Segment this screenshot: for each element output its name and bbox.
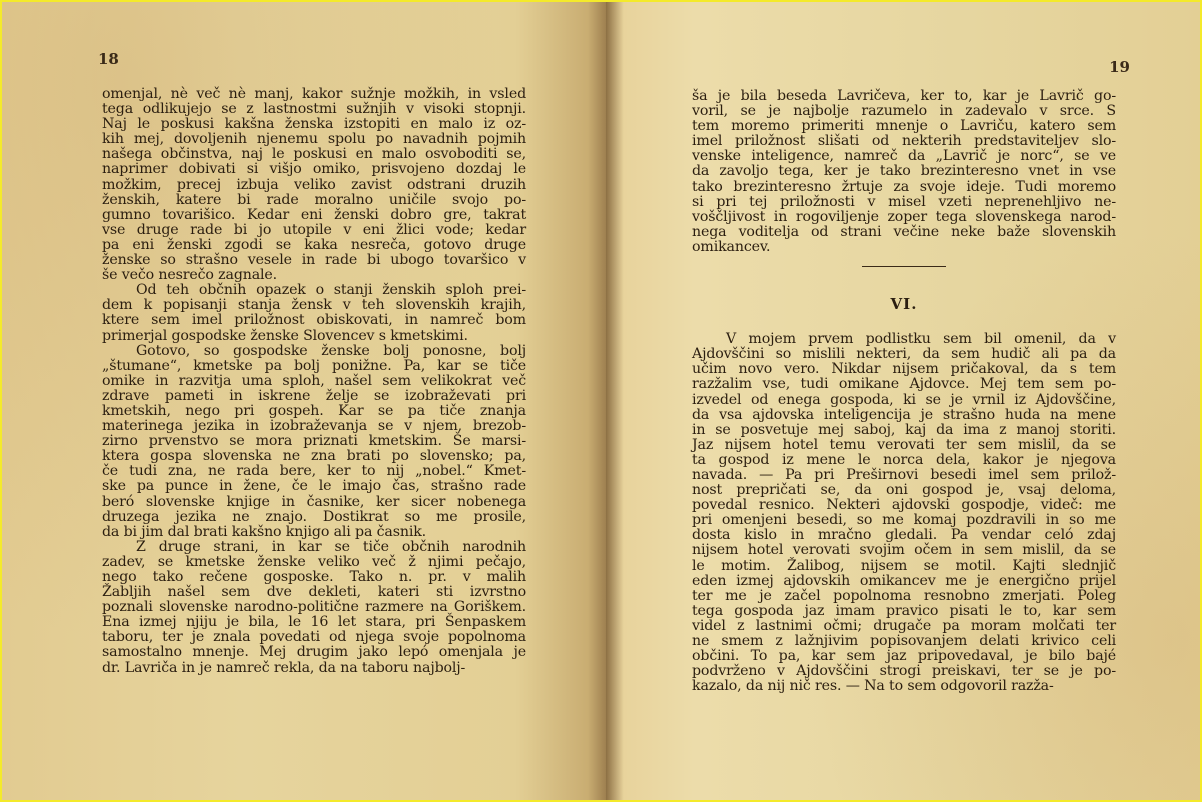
book-spread: 18 omenjal, nè več nè manj, kakor sužnje…	[2, 2, 1200, 800]
text-line: druzega jezika ne znajo. Dostikrat so me…	[102, 510, 526, 525]
text-line: Ena izmej njiju je bila, le 16 let stara…	[102, 615, 526, 630]
text-line: izvedel od enega gospoda, ki se je vrnil…	[692, 393, 1116, 408]
page-body-text: omenjal, nè več nè manj, kakor sužnje mo…	[102, 87, 526, 676]
right-page: 19 ša je bila beseda Lavričeva, ker to, …	[606, 2, 1200, 800]
text-line: zirno prvenstvo se mora priznati kmetski…	[102, 434, 526, 449]
section-divider	[862, 266, 946, 267]
text-line: ženske so strašno vesele in rade bi ubog…	[102, 253, 526, 268]
text-line: povedal resnico. Nekteri ajdovski gospod…	[692, 498, 1116, 513]
text-line: taboru, ter je znala povedati od njega s…	[102, 630, 526, 645]
text-line: dem k popisanji stanja žensk v teh slove…	[102, 298, 526, 313]
text-line: voril, se je najbolje razumelo in zadeva…	[692, 104, 1116, 119]
chapter-body: V mojem prvem podlistku sem bil omenil, …	[692, 332, 1116, 694]
text-line: Od teh občnih opazek o stanji ženskih sp…	[102, 283, 526, 298]
text-line: nego tako rečene gosposke. Tako n. pr. v…	[102, 570, 526, 585]
text-line: zadev, se kmetske ženske veliko več ž nj…	[102, 555, 526, 570]
text-line: tega gospoda jaz imam pravico pisati le …	[692, 604, 1116, 619]
text-line: vse druge rade bi jo utopile v eni žlici…	[102, 223, 526, 238]
text-line: ša je bila beseda Lavričeva, ker to, kar…	[692, 89, 1116, 104]
text-line: kmetskih, nego pri gospeh. Kar se pa tič…	[102, 404, 526, 419]
text-line: dr. Lavriča in je namreč rekla, da na ta…	[102, 661, 526, 676]
text-line: dosta kislo in mračno gledali. Pa vendar…	[692, 528, 1116, 543]
text-line: Žabljih našel sem dve dekleti, kateri st…	[102, 585, 526, 600]
text-line: navada. — Pa pri Preširnovi besedi imel …	[692, 468, 1116, 483]
text-line: Ajdovščini so mislili nekteri, da sem hu…	[692, 347, 1116, 362]
text-line: in se posvetuje mej saboj, kaj da ima z …	[692, 423, 1116, 438]
text-line: nega voditelja od strani večine neke baž…	[692, 225, 1116, 240]
text-line: beró slovenske knjige in časnike, ker si…	[102, 495, 526, 510]
text-line: ktera gospa slovenska ne zna brati po sl…	[102, 449, 526, 464]
text-line: pri omenjeni besedi, so me komaj pozdrav…	[692, 513, 1116, 528]
text-line: podvrženo v Ajdovščini strogi preiskavi,…	[692, 664, 1116, 679]
text-line: V mojem prvem podlistku sem bil omenil, …	[692, 332, 1116, 347]
text-line: občini. To pa, kar sem jaz pripovedaval,…	[692, 649, 1116, 664]
page-number: 18	[98, 50, 119, 68]
text-line: nijsem hotel verovati svojim očem in sem…	[692, 543, 1116, 558]
page-body-text: ša je bila beseda Lavričeva, ker to, kar…	[692, 89, 1116, 694]
text-line: nost prepričati se, da oni gospod je, vs…	[692, 483, 1116, 498]
text-line: Gotovo, so gospodske ženske bolj ponosne…	[102, 344, 526, 359]
text-line: pa eni ženski zgodi se kaka nesreča, got…	[102, 238, 526, 253]
text-line: materinega jezika in izobraževanja se v …	[102, 419, 526, 434]
text-line: zdrave pameti in iskrene želje se izobra…	[102, 389, 526, 404]
text-line: ske pa punce in žene, če le imajo čas, s…	[102, 479, 526, 494]
text-line: gumno tovarišico. Kedar eni ženski dobro…	[102, 208, 526, 223]
text-line: samostalno mnenje. Mej drugim jako lepó …	[102, 645, 526, 660]
text-line: le motim. Žalibog, nijsem se motil. Kajt…	[692, 559, 1116, 574]
text-line: tako brezinteresno žrtuje za svoje ideje…	[692, 180, 1116, 195]
text-line: da vsa ajdovska inteligencija je strašno…	[692, 408, 1116, 423]
text-line: omike in razvitja uma sploh, našel sem v…	[102, 374, 526, 389]
text-line: učim novo vero. Nikdar nijsem pričakoval…	[692, 362, 1116, 377]
paragraph-continuation: ša je bila beseda Lavričeva, ker to, kar…	[692, 89, 1116, 255]
text-line: razžalim vse, tudi omikane Ajdovce. Mej …	[692, 377, 1116, 392]
text-line: eden izmej ajdovskih omikancev me je ene…	[692, 574, 1116, 589]
text-line: voščljivost in rogoviljenje zoper tega s…	[692, 210, 1116, 225]
text-line: Jaz nijsem hotel temu verovati ter sem m…	[692, 438, 1116, 453]
text-line: možkim, precej izbuja veliko zavist odst…	[102, 178, 526, 193]
text-line: videl z lastnimi očmi; drugače pa moram …	[692, 619, 1116, 634]
text-line: si pri tej priložnosti v misel vzeti nep…	[692, 195, 1116, 210]
text-line: ne smem z lažnjivim popisovanjem delati …	[692, 634, 1116, 649]
text-line: ktere sem imel priložnost obiskovati, in…	[102, 313, 526, 328]
text-line: omenjal, nè več nè manj, kakor sužnje mo…	[102, 87, 526, 102]
text-line: ženskih, katere bi rade moralno uničile …	[102, 193, 526, 208]
left-page: 18 omenjal, nè več nè manj, kakor sužnje…	[2, 2, 606, 800]
text-line: ter me je začel popolnoma resnobno zmerj…	[692, 589, 1116, 604]
text-line: da zavoljo tega, ker je tako brezinteres…	[692, 164, 1116, 179]
text-line: omikancev.	[692, 240, 1116, 255]
text-line: primerjal gospodske ženske Slovencev s k…	[102, 329, 526, 344]
chapter-heading: VI.	[692, 297, 1116, 312]
text-line: venske inteligence, namreč da „Lavrič je…	[692, 149, 1116, 164]
text-line: Naj le poskusi kakšna ženska izstopiti e…	[102, 117, 526, 132]
text-line: „štumane“, kmetske pa bolj ponižne. Pa, …	[102, 359, 526, 374]
text-line: še večo nesrečo zagnale.	[102, 268, 526, 283]
text-line: tega odlikujejo se z lastnostmi sužnjih …	[102, 102, 526, 117]
text-line: kazalo, da nij nič res. — Na to sem odgo…	[692, 679, 1116, 694]
text-line: ta gospod iz mene le norca dela, kakor j…	[692, 453, 1116, 468]
text-line: da bi jim dal brati kakšno knjigo ali pa…	[102, 525, 526, 540]
text-line: naprimer dobivati si višjo omiko, prisvo…	[102, 162, 526, 177]
text-line: Z druge strani, in kar se tiče občnih na…	[102, 540, 526, 555]
page-number: 19	[1109, 58, 1130, 76]
text-line: imel priložnost slišati od nekterih pred…	[692, 134, 1116, 149]
